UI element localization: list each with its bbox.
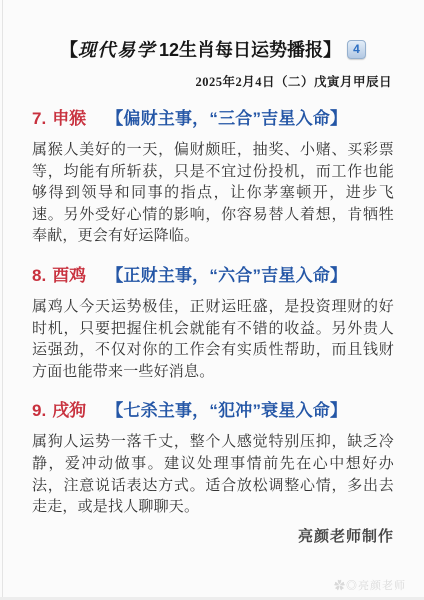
section-body: 属狗人运势一落千丈，整个人感觉特别压抑，缺乏冷静，爱冲动做事。建议处理事情前先在… [32, 431, 394, 517]
section-number: 8. [32, 266, 46, 285]
section-number: 7. [32, 109, 46, 128]
section-body: 属猴人美好的一天，偏财颇旺，抽奖、小赌、买彩票等，均能有所斩获，只是不宜过份投机… [32, 139, 394, 247]
page-title: 【现代易学12生肖每日运势播报】 4 [32, 36, 394, 62]
section-headline: 【偏财主事，“三合”吉星入命】 [106, 104, 347, 129]
title-bracket-close: 】 [323, 40, 341, 60]
section-headline: 【正财主事，“六合”吉星入命】 [106, 261, 347, 286]
section-header: 8.酉鸡 【正财主事，“六合”吉星入命】 [32, 261, 394, 286]
section-header: 9.戌狗 【七杀主事，“犯冲”衰星入命】 [32, 396, 394, 421]
fortune-post: 【现代易学12生肖每日运势播报】 4 2025年2月4日（二）戊寅月甲辰日 7.… [0, 0, 424, 600]
keycap-4-icon: 4 [347, 40, 366, 59]
zodiac-name: 申猴 [52, 109, 86, 128]
title-text: 【现代易学12生肖每日运势播报】 [60, 36, 341, 62]
title-bracket-open: 【 [60, 40, 78, 60]
section-headline: 【七杀主事，“犯冲”衰星入命】 [106, 396, 347, 421]
section-monkey: 7.申猴 【偏财主事，“三合”吉星入命】 属猴人美好的一天，偏财颇旺，抽奖、小赌… [32, 104, 394, 247]
author-credit: 亮颜老师制作 [298, 525, 394, 546]
photo-edge-left [2, 0, 3, 600]
section-id: 8.酉鸡 [32, 261, 86, 286]
date-line: 2025年2月4日（二）戊寅月甲辰日 [32, 72, 394, 90]
section-dog: 9.戌狗 【七杀主事，“犯冲”衰星入命】 属狗人运势一落千丈，整个人感觉特别压抑… [32, 396, 394, 517]
title-main: 12生肖每日运势播报 [159, 40, 323, 60]
section-header: 7.申猴 【偏财主事，“三合”吉星入命】 [32, 104, 394, 129]
zodiac-name: 酉鸡 [52, 266, 86, 285]
section-id: 7.申猴 [32, 104, 86, 129]
zodiac-name: 戌狗 [52, 401, 86, 420]
section-body: 属鸡人今天运势极佳，正财运旺盛，是投资理财的好时机，只要把握住机会就能有不错的收… [32, 296, 394, 382]
brand-name: 现代易学 [78, 40, 156, 60]
section-rooster: 8.酉鸡 【正财主事，“六合”吉星入命】 属鸡人今天运势极佳，正财运旺盛，是投资… [32, 261, 394, 382]
section-number: 9. [32, 401, 46, 420]
section-id: 9.戌狗 [32, 396, 86, 421]
watermark: ✿◎亮颜老师 [334, 577, 406, 593]
